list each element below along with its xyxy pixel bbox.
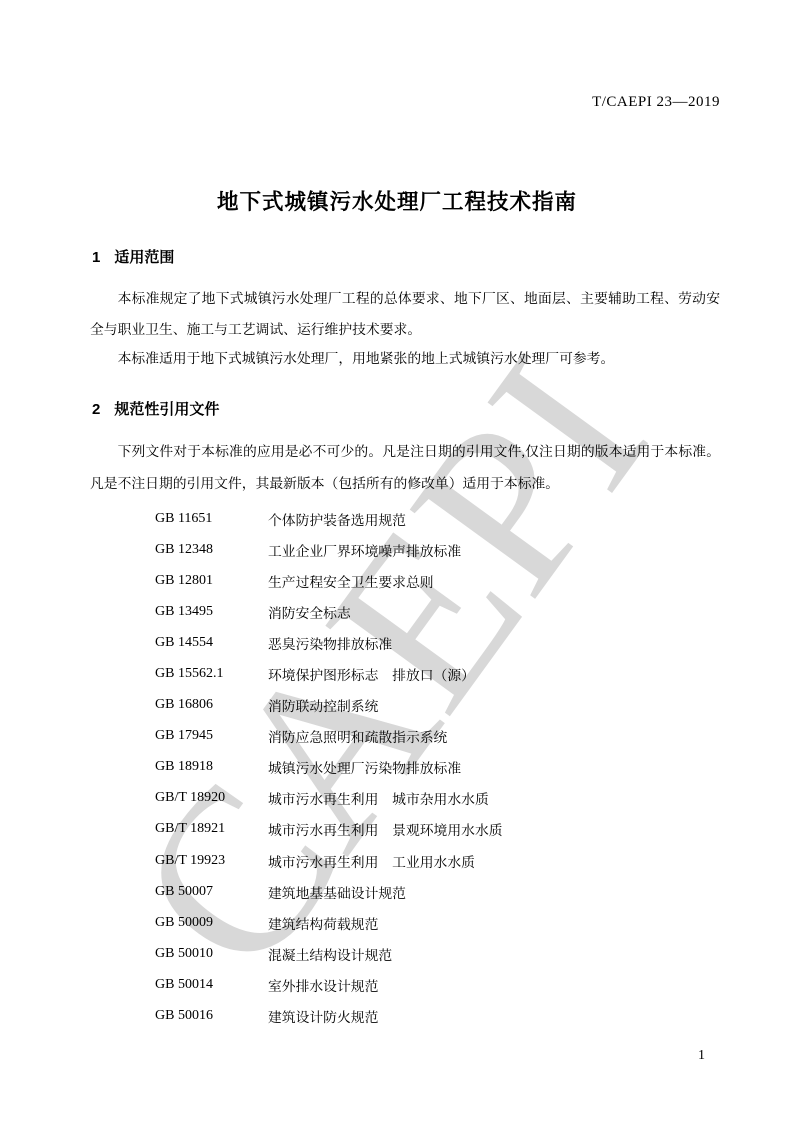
reference-code: GB 50007 xyxy=(155,884,268,900)
reference-title: 城市污水再生利用 工业用水水质 xyxy=(268,851,475,871)
reference-title: 消防应急照明和疏散指示系统 xyxy=(268,726,447,746)
reference-row: GB 50016 建筑设计防火规范 xyxy=(155,1001,720,1032)
reference-title: 城市污水再生利用 城市杂用水水质 xyxy=(268,788,489,808)
document-page: CAEPI T/CAEPI 23—2019 地下式城镇污水处理厂工程技术指南 1… xyxy=(0,0,794,1123)
reference-row: GB/T 19923 城市污水再生利用 工业用水水质 xyxy=(155,845,720,876)
page-content: T/CAEPI 23—2019 地下式城镇污水处理厂工程技术指南 1适用范围 本… xyxy=(0,0,794,1123)
reference-title: 建筑地基基础设计规范 xyxy=(268,882,406,902)
reference-row: GB 15562.1 环境保护图形标志 排放口（源） xyxy=(155,658,720,689)
reference-row: GB 50010 混凝土结构设计规范 xyxy=(155,938,720,969)
reference-code: GB/T 18920 xyxy=(155,790,268,806)
reference-code: GB 17945 xyxy=(155,728,268,744)
reference-code: GB 50009 xyxy=(155,915,268,931)
reference-row: GB 13495 消防安全标志 xyxy=(155,596,720,627)
reference-title: 个体防护装备选用规范 xyxy=(268,509,406,529)
section-1-heading-text: 适用范围 xyxy=(114,249,174,266)
reference-title: 建筑设计防火规范 xyxy=(268,1006,378,1026)
reference-code: GB 18918 xyxy=(155,759,268,775)
reference-code: GB 12801 xyxy=(155,573,268,589)
references-list: GB 11651 个体防护装备选用规范 GB 12348 工业企业厂界环境噪声排… xyxy=(155,503,720,1032)
reference-row: GB 50014 室外排水设计规范 xyxy=(155,969,720,1000)
reference-code: GB 14554 xyxy=(155,635,268,651)
reference-code: GB/T 18921 xyxy=(155,821,268,837)
section-1-number: 1 xyxy=(92,249,100,266)
reference-row: GB 12348 工业企业厂界环境噪声排放标准 xyxy=(155,534,720,565)
scope-paragraph-1: 本标准规定了地下式城镇污水处理厂工程的总体要求、地下厂区、地面层、主要辅助工程、… xyxy=(90,284,720,345)
reference-title: 消防联动控制系统 xyxy=(268,695,378,715)
reference-title: 室外排水设计规范 xyxy=(268,975,378,995)
reference-code: GB/T 19923 xyxy=(155,853,268,869)
standard-number: T/CAEPI 23—2019 xyxy=(592,94,720,111)
reference-row: GB 50009 建筑结构荷载规范 xyxy=(155,907,720,938)
reference-row: GB/T 18920 城市污水再生利用 城市杂用水水质 xyxy=(155,783,720,814)
reference-title: 城市污水再生利用 景观环境用水水质 xyxy=(268,819,503,839)
reference-row: GB 18918 城镇污水处理厂污染物排放标准 xyxy=(155,752,720,783)
reference-code: GB 50014 xyxy=(155,977,268,993)
reference-title: 工业企业厂界环境噪声排放标准 xyxy=(268,540,461,560)
reference-row: GB/T 18921 城市污水再生利用 景观环境用水水质 xyxy=(155,814,720,845)
reference-code: GB 15562.1 xyxy=(155,666,268,682)
document-title: 地下式城镇污水处理厂工程技术指南 xyxy=(0,185,794,216)
reference-title: 建筑结构荷载规范 xyxy=(268,913,378,933)
reference-code: GB 50016 xyxy=(155,1008,268,1024)
page-number: 1 xyxy=(698,1048,705,1064)
scope-paragraph-2: 本标准适用于地下式城镇污水处理厂，用地紧张的地上式城镇污水处理厂可参考。 xyxy=(90,344,720,375)
reference-code: GB 50010 xyxy=(155,946,268,962)
reference-row: GB 12801 生产过程安全卫生要求总则 xyxy=(155,565,720,596)
section-2-heading: 2规范性引用文件 xyxy=(92,398,219,419)
section-1-heading: 1适用范围 xyxy=(92,246,174,267)
reference-title: 环境保护图形标志 排放口（源） xyxy=(268,664,475,684)
reference-row: GB 50007 建筑地基基础设计规范 xyxy=(155,876,720,907)
references-intro-paragraph: 下列文件对于本标准的应用是必不可少的。凡是注日期的引用文件,仅注日期的版本适用于… xyxy=(90,436,720,499)
reference-code: GB 12348 xyxy=(155,542,268,558)
reference-title: 生产过程安全卫生要求总则 xyxy=(268,571,434,591)
section-2-heading-text: 规范性引用文件 xyxy=(114,401,219,418)
reference-code: GB 13495 xyxy=(155,604,268,620)
reference-code: GB 16806 xyxy=(155,697,268,713)
reference-title: 混凝土结构设计规范 xyxy=(268,944,392,964)
reference-title: 城镇污水处理厂污染物排放标准 xyxy=(268,757,461,777)
reference-title: 消防安全标志 xyxy=(268,602,351,622)
reference-title: 恶臭污染物排放标准 xyxy=(268,633,392,653)
reference-row: GB 17945 消防应急照明和疏散指示系统 xyxy=(155,721,720,752)
reference-row: GB 11651 个体防护装备选用规范 xyxy=(155,503,720,534)
reference-code: GB 11651 xyxy=(155,511,268,527)
section-2-number: 2 xyxy=(92,401,100,418)
reference-row: GB 16806 消防联动控制系统 xyxy=(155,690,720,721)
reference-row: GB 14554 恶臭污染物排放标准 xyxy=(155,627,720,658)
